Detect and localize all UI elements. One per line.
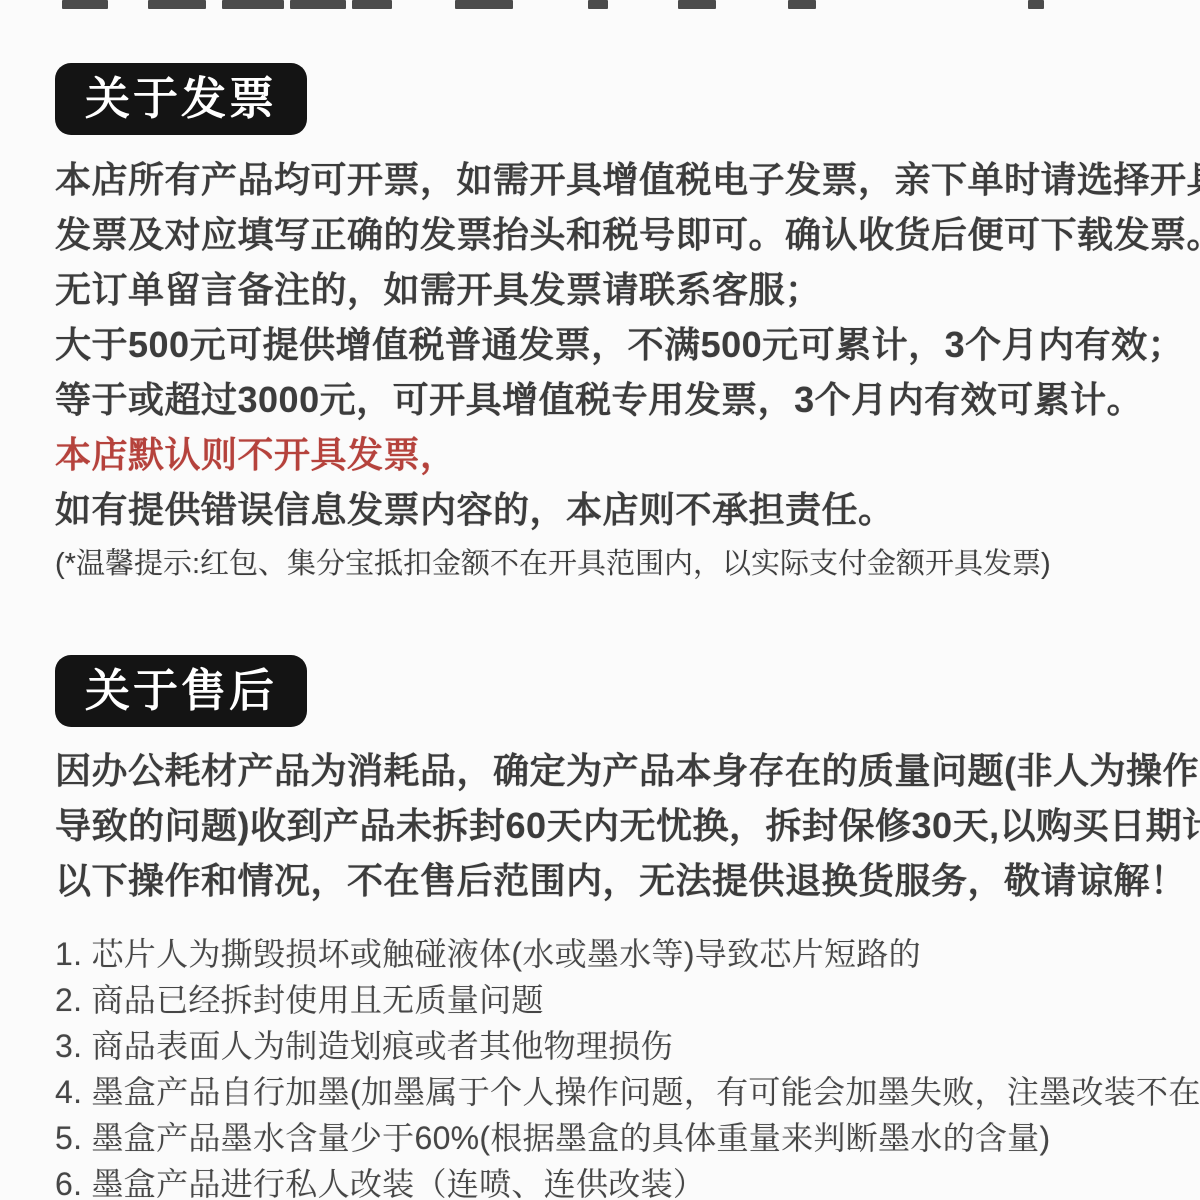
invoice-section-badge: 关于发票 <box>55 63 307 135</box>
text-fragment <box>678 0 716 9</box>
text-fragment <box>455 0 513 9</box>
invoice-line-2: 发票及对应填写正确的发票抬头和税号即可。确认收货后便可下载发票。 <box>55 207 1180 262</box>
invoice-line-3: 无订单留言备注的，如需开具发票请联系客服； <box>55 262 1180 317</box>
aftersales-intro: 因办公耗材产品为消耗品，确定为产品本身存在的质量问题(非人为操作导致的问题)收到… <box>55 743 1180 908</box>
aftersales-intro-line-3: 以下操作和情况，不在售后范围内，无法提供退换货服务，敬请谅解！ <box>55 853 1180 908</box>
text-fragment <box>1028 0 1044 9</box>
aftersales-list-item-4: 4. 墨盒产品自行加墨(加墨属于个人操作问题，有可能会加墨失败，注墨改装不在售后… <box>55 1069 1180 1115</box>
aftersales-list-item-2: 2. 商品已经拆封使用且无质量问题 <box>55 977 1180 1023</box>
text-fragment <box>290 0 346 9</box>
aftersales-list-item-3: 3. 商品表面人为制造划痕或者其他物理损伤 <box>55 1023 1180 1069</box>
invoice-line-4: 大于500元可提供增值税普通发票，不满500元可累计，3个月内有效； <box>55 317 1180 372</box>
text-fragment <box>222 0 284 9</box>
invoice-line-7: 如有提供错误信息发票内容的，本店则不承担责任。 <box>55 482 1180 537</box>
text-fragment <box>62 0 108 9</box>
aftersales-list-item-6: 6. 墨盒产品进行私人改装（连喷、连供改装） <box>55 1161 1180 1200</box>
aftersales-section-badge: 关于售后 <box>55 655 307 727</box>
aftersales-intro-line-2: 导致的问题)收到产品未拆封60天内无忧换，拆封保修30天,以购买日期计算。 <box>55 798 1180 853</box>
text-fragment <box>588 0 608 9</box>
invoice-line-1: 本店所有产品均可开票，如需开具增值税电子发票，亲下单时请选择开具 <box>55 152 1180 207</box>
aftersales-list-item-1: 1. 芯片人为撕毁损坏或触碰液体(水或墨水等)导致芯片短路的 <box>55 931 1180 977</box>
invoice-line-5: 等于或超过3000元，可开具增值税专用发票，3个月内有效可累计。 <box>55 372 1180 427</box>
invoice-line-8: (*温馨提示:红包、集分宝抵扣金额不在开具范围内，以实际支付金额开具发票) <box>55 537 1180 592</box>
aftersales-list-item-5: 5. 墨盒产品墨水含量少于60%(根据墨盒的具体重量来判断墨水的含量) <box>55 1115 1180 1161</box>
invoice-body: 本店所有产品均可开票，如需开具增值税电子发票，亲下单时请选择开具发票及对应填写正… <box>55 152 1180 592</box>
invoice-line-6: 本店默认则不开具发票， <box>55 427 1180 482</box>
text-fragment <box>148 0 206 9</box>
aftersales-intro-line-1: 因办公耗材产品为消耗品，确定为产品本身存在的质量问题(非人为操作 <box>55 743 1180 798</box>
store-notice-image: 关于发票 本店所有产品均可开票，如需开具增值税电子发票，亲下单时请选择开具发票及… <box>0 0 1200 1200</box>
text-fragment <box>788 0 816 9</box>
aftersales-list: 1. 芯片人为撕毁损坏或触碰液体(水或墨水等)导致芯片短路的2. 商品已经拆封使… <box>55 931 1180 1200</box>
text-fragment <box>352 0 392 9</box>
